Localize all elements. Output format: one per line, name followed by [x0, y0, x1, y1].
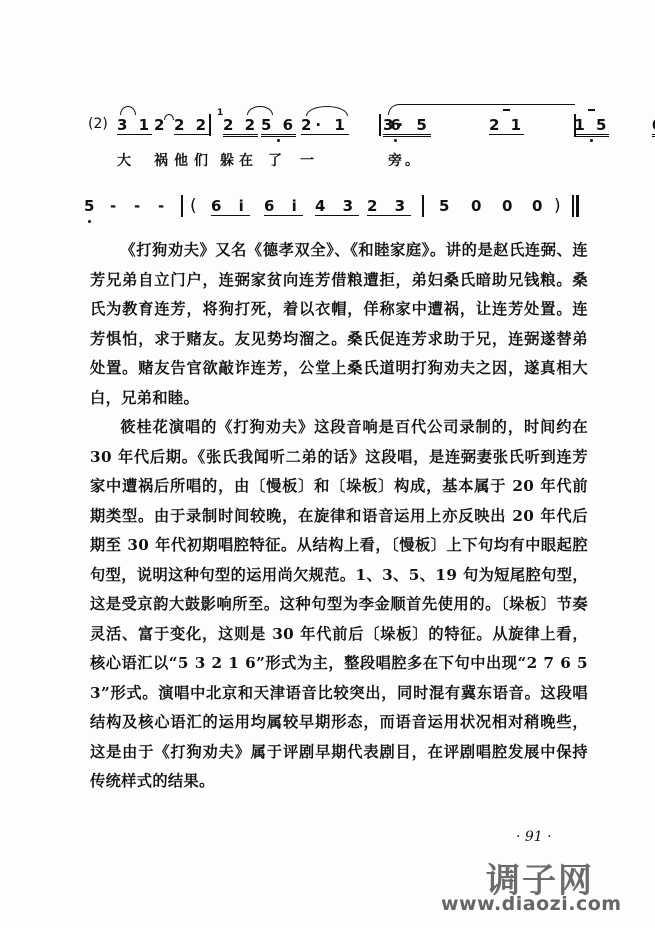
- note-group: 6 i: [264, 197, 303, 216]
- final-barline-thin: [572, 195, 574, 217]
- note: 2: [154, 116, 164, 134]
- lyric: 大: [117, 150, 131, 170]
- note-group: 3· 5: [383, 116, 431, 137]
- paragraph-synopsis: 《打狗劝夫》又名《德孝双全》、《和睦家庭》。讲的是赵氏连弼、连芳兄弟自立门户，连…: [90, 236, 588, 413]
- dash: -: [158, 197, 164, 215]
- note-group: 2 2: [174, 116, 209, 135]
- score-line-2: 5 - - - ( 6 i 6 i 4 3 2 3 5 0 0 0 ): [88, 195, 585, 225]
- slur: [247, 106, 273, 115]
- lyric: 躲在: [220, 150, 258, 170]
- note-group: 2· 1: [301, 116, 349, 135]
- dash: -: [134, 197, 140, 215]
- note-group: 2 3: [367, 197, 411, 216]
- rest: 0: [502, 197, 512, 215]
- open-paren: (: [190, 196, 197, 216]
- note-group: 6 i: [211, 197, 250, 216]
- slur: [306, 106, 348, 116]
- body-text: 《打狗劝夫》又名《德孝双全》、《和睦家庭》。讲的是赵氏连弼、连芳兄弟自立门户，连…: [90, 236, 588, 797]
- dash: -: [110, 197, 116, 215]
- watermark-url: www.diaozi.com: [441, 893, 622, 915]
- paragraph-analysis: 筱桂花演唱的《打狗劝夫》这段音响是百代公司录制的，时间约在 30 年代后期。《张…: [90, 413, 588, 797]
- note-group: 1 5: [574, 116, 609, 137]
- rest: 0: [532, 197, 542, 215]
- lyric: 了一: [268, 150, 332, 170]
- note-group: 2 1: [489, 116, 524, 135]
- slur: [388, 104, 575, 115]
- barline: [379, 114, 381, 136]
- final-barline-thick: [576, 195, 579, 217]
- barline: [422, 195, 424, 217]
- page-number: · 91 ·: [516, 829, 552, 845]
- note-group: 2 2: [223, 116, 258, 137]
- note-group: 3 1: [117, 116, 152, 135]
- note-group: 4 3: [315, 197, 359, 216]
- note: 5: [84, 197, 94, 215]
- note: 5: [439, 197, 449, 215]
- slur: [120, 106, 136, 115]
- note-group: 5 6: [261, 116, 296, 137]
- score-line-1: (2) 3 1 2 2 2 1 2 2 5 6 2· 1 6 3· 5 2 1 …: [88, 112, 585, 172]
- rest: 0: [471, 197, 481, 215]
- phrase-label: (2): [88, 116, 108, 132]
- lyric: 祸他们: [154, 150, 214, 170]
- slur: [164, 114, 174, 120]
- barline: [209, 114, 211, 136]
- close-paren: ): [554, 196, 561, 216]
- barline: [181, 195, 183, 217]
- barline: [574, 114, 576, 136]
- lyric: 旁。: [388, 150, 422, 170]
